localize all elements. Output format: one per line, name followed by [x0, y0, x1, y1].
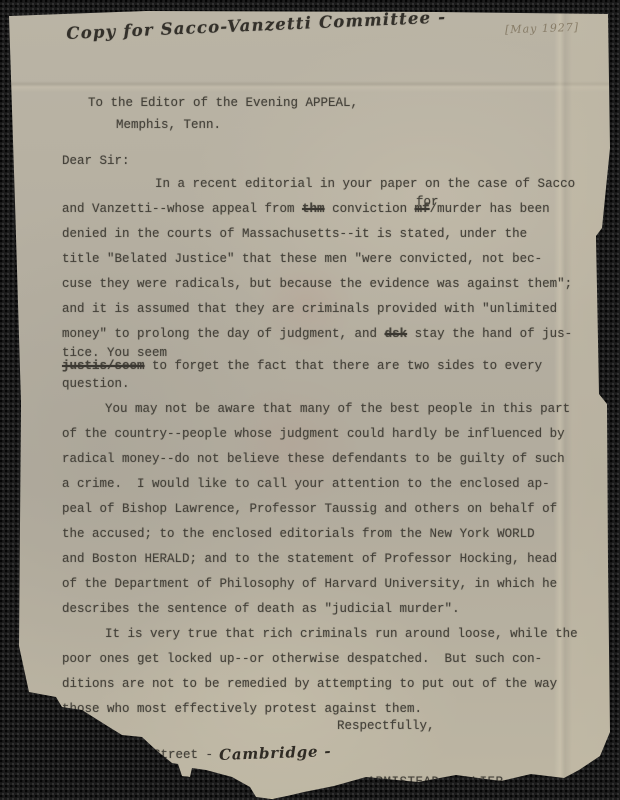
typed-line: a crime. I would like to call your atten… [62, 472, 613, 497]
letter-document: Copy for Sacco-Vanzetti Committee - [May… [6, 8, 613, 798]
typed-line: and it is assumed that they are criminal… [62, 297, 613, 322]
typed-line: and Vanzetti--whose appeal from thm conv… [62, 197, 613, 222]
typed-line: ditions are not to be remedied by attemp… [62, 672, 613, 697]
typed-line: money" to prolong the day of judgment, a… [62, 322, 613, 347]
typed-text: describes the sentence of death as "judi… [62, 602, 460, 616]
typed-line: denied in the courts of Massachusetts--i… [62, 222, 613, 247]
typed-text: peal of Bishop Lawrence, Professor Tauss… [62, 502, 557, 516]
typed-line: poor ones get locked up--or otherwise de… [62, 647, 613, 672]
typed-line: of the country--people whose judgment co… [62, 422, 613, 447]
typed-line: It is very true that rich criminals run … [62, 622, 613, 647]
typed-text: those who most effectively protest again… [62, 702, 422, 716]
typed-text: stay the hand of jus- [407, 327, 572, 341]
struck-text: thm [302, 202, 325, 216]
typed-line: and Boston HERALD; and to the statement … [62, 547, 613, 572]
typed-text: and Vanzetti--whose appeal from [62, 202, 302, 216]
street-typed-fragment: g Street - [138, 748, 213, 762]
typed-line: describes the sentence of death as "judi… [62, 597, 613, 622]
typed-line: You may not be aware that many of the be… [62, 397, 613, 422]
letter-body: In a recent editorial in your paper on t… [62, 172, 613, 722]
typed-text: radical money--do not believe these defe… [62, 452, 565, 466]
typed-text: title "Belated Justice" that these men "… [62, 252, 542, 266]
typed-text: and it is assumed that they are criminal… [62, 302, 557, 316]
struck-text: dsk [385, 327, 408, 341]
typed-text: and Boston HERALD; and to the statement … [62, 552, 557, 566]
typed-text: poor ones get locked up--or otherwise de… [62, 652, 542, 666]
typed-text: question. [62, 377, 130, 391]
address-row: g Street -Cambridge - [62, 742, 613, 768]
typed-line: justis/seem to forget the fact that ther… [62, 360, 613, 373]
signature-row: 1927.ARMISTEAD COLLIER. [62, 770, 613, 795]
struck-text: justis/seem [62, 359, 145, 373]
letter-content: To the Editor of the Evening APPEAL, Mem… [6, 8, 613, 798]
typed-text: of the Department of Philosophy of Harva… [62, 577, 557, 591]
typed-line: radical money--do not believe these defe… [62, 447, 613, 472]
typed-text: the accused; to the enclosed editorials … [62, 527, 535, 541]
typed-text: money" to prolong the day of judgment, a… [62, 327, 385, 341]
typed-text: denied in the courts of Massachusetts--i… [62, 227, 527, 241]
recipient-line-2: Memphis, Tenn. [62, 114, 613, 136]
typed-text: It is very true that rich criminals run … [105, 627, 578, 641]
typed-text: cuse they were radicals, but because the… [62, 277, 572, 291]
typed-text: for [416, 195, 439, 209]
typed-text: to forget the fact that there are two si… [145, 359, 543, 373]
year-typed: 1927. [168, 775, 206, 789]
typed-line: peal of Bishop Lawrence, Professor Tauss… [62, 497, 613, 522]
typed-text: of the country--people whose judgment co… [62, 427, 565, 441]
salutation: Dear Sir: [62, 150, 613, 172]
typed-line: question. [62, 372, 613, 397]
typed-line: In a recent editorial in your paper on t… [62, 172, 613, 197]
typed-line: cuse they were radicals, but because the… [62, 272, 613, 297]
typed-text: ditions are not to be remedied by attemp… [62, 677, 557, 691]
typed-text: In a recent editorial in your paper on t… [155, 177, 575, 191]
typed-line: the accused; to the enclosed editorials … [62, 522, 613, 547]
typed-line: of the Department of Philosophy of Harva… [62, 572, 613, 597]
scan-background: Copy for Sacco-Vanzetti Committee - [May… [0, 0, 620, 800]
typed-line: title "Belated Justice" that these men "… [62, 247, 613, 272]
signature-name: ARMISTEAD COLLIER. [368, 775, 512, 789]
typed-text: /murder has been [430, 202, 550, 216]
typed-text: conviction [325, 202, 415, 216]
street-handwriting: Cambridge - [219, 740, 332, 766]
typed-text: a crime. I would like to call your atten… [62, 477, 550, 491]
typed-text: You may not be aware that many of the be… [105, 402, 570, 416]
recipient-line-1: To the Editor of the Evening APPEAL, [62, 92, 613, 114]
